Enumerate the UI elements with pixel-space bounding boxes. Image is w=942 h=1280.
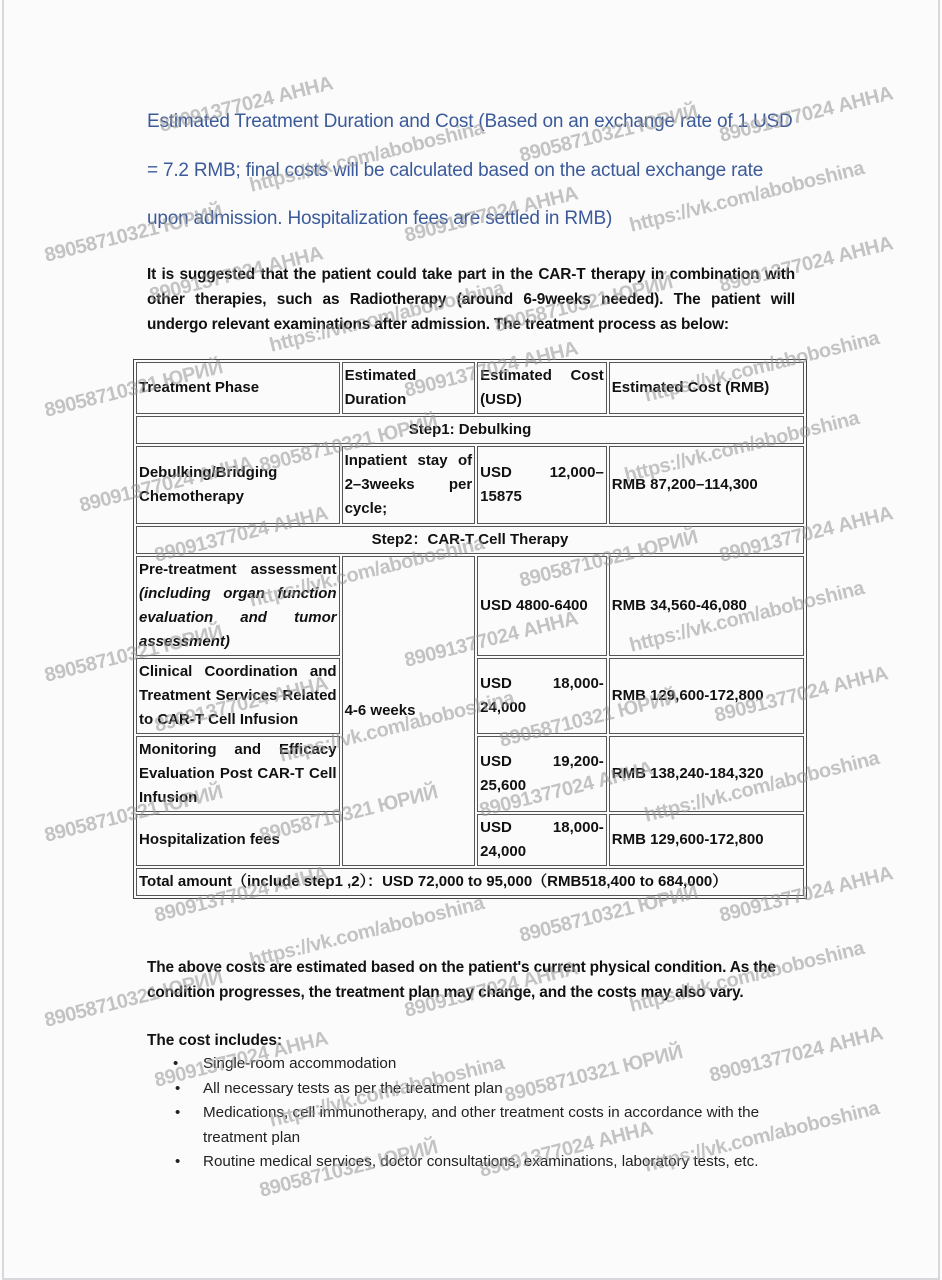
total-row: Total amount（include step1 ,2）：USD 72,00…: [136, 868, 804, 896]
usd-cell: USD 18,000-24,000: [477, 658, 607, 734]
phase-cell: Monitoring and Efficacy Evaluation Post …: [136, 736, 340, 812]
list-item: Single-room accommodation: [147, 1052, 807, 1077]
rmb-cell: RMB 87,200–114,300: [609, 446, 804, 524]
header-cost-usd: Estimated Cost (USD): [477, 362, 607, 414]
table-row: Debulking/Bridging Chemotherapy Inpatien…: [136, 446, 804, 524]
total-amount: Total amount（include step1 ,2）：USD 72,00…: [136, 868, 804, 896]
header-cost-rmb: Estimated Cost (RMB): [609, 362, 804, 414]
table-row: Pre-treatment assessment (including orga…: [136, 556, 804, 656]
header-treatment-phase: Treatment Phase: [136, 362, 340, 414]
phase-cell: Hospitalization fees: [136, 814, 340, 866]
usd-cell: USD 12,000–15875: [477, 446, 607, 524]
intro-paragraph: It is suggested that the patient could t…: [147, 262, 795, 337]
phase-note: (including organ function evaluation and…: [139, 585, 337, 650]
step2-row: Step2：CAR-T Cell Therapy: [136, 526, 804, 554]
phase-cell: Debulking/Bridging Chemotherapy: [136, 446, 340, 524]
cost-note: The above costs are estimated based on t…: [147, 955, 807, 1005]
phase-label: Pre-treatment assessment: [139, 561, 337, 578]
rmb-cell: RMB 129,600-172,800: [609, 814, 804, 866]
list-item: Medications, cell immunotherapy, and oth…: [147, 1101, 807, 1150]
includes-list: Single-room accommodation All necessary …: [147, 1052, 807, 1175]
phase-cell: Pre-treatment assessment (including orga…: [136, 556, 340, 656]
usd-cell: USD 4800-6400: [477, 556, 607, 656]
step1-title: Step1: Debulking: [136, 416, 804, 444]
includes-title: The cost includes:: [147, 1028, 282, 1053]
list-item: All necessary tests as per the treatment…: [147, 1077, 807, 1102]
step1-row: Step1: Debulking: [136, 416, 804, 444]
usd-cell: USD 19,200-25,600: [477, 736, 607, 812]
step2-duration-cell: 4-6 weeks: [342, 556, 476, 866]
step2-title: Step2：CAR-T Cell Therapy: [136, 526, 804, 554]
list-item: Routine medical services, doctor consult…: [147, 1150, 807, 1175]
cost-table: Treatment Phase Estimated Duration Estim…: [133, 359, 807, 899]
rmb-cell: RMB 138,240-184,320: [609, 736, 804, 812]
document-heading: Estimated Treatment Duration and Cost (B…: [147, 98, 807, 244]
table-header-row: Treatment Phase Estimated Duration Estim…: [136, 362, 804, 414]
phase-cell: Clinical Coordination and Treatment Serv…: [136, 658, 340, 734]
rmb-cell: RMB 34,560-46,080: [609, 556, 804, 656]
rmb-cell: RMB 129,600-172,800: [609, 658, 804, 734]
usd-cell: USD 18,000-24,000: [477, 814, 607, 866]
duration-cell: Inpatient stay of 2–3weeks per cycle;: [342, 446, 476, 524]
header-estimated-duration: Estimated Duration: [342, 362, 476, 414]
